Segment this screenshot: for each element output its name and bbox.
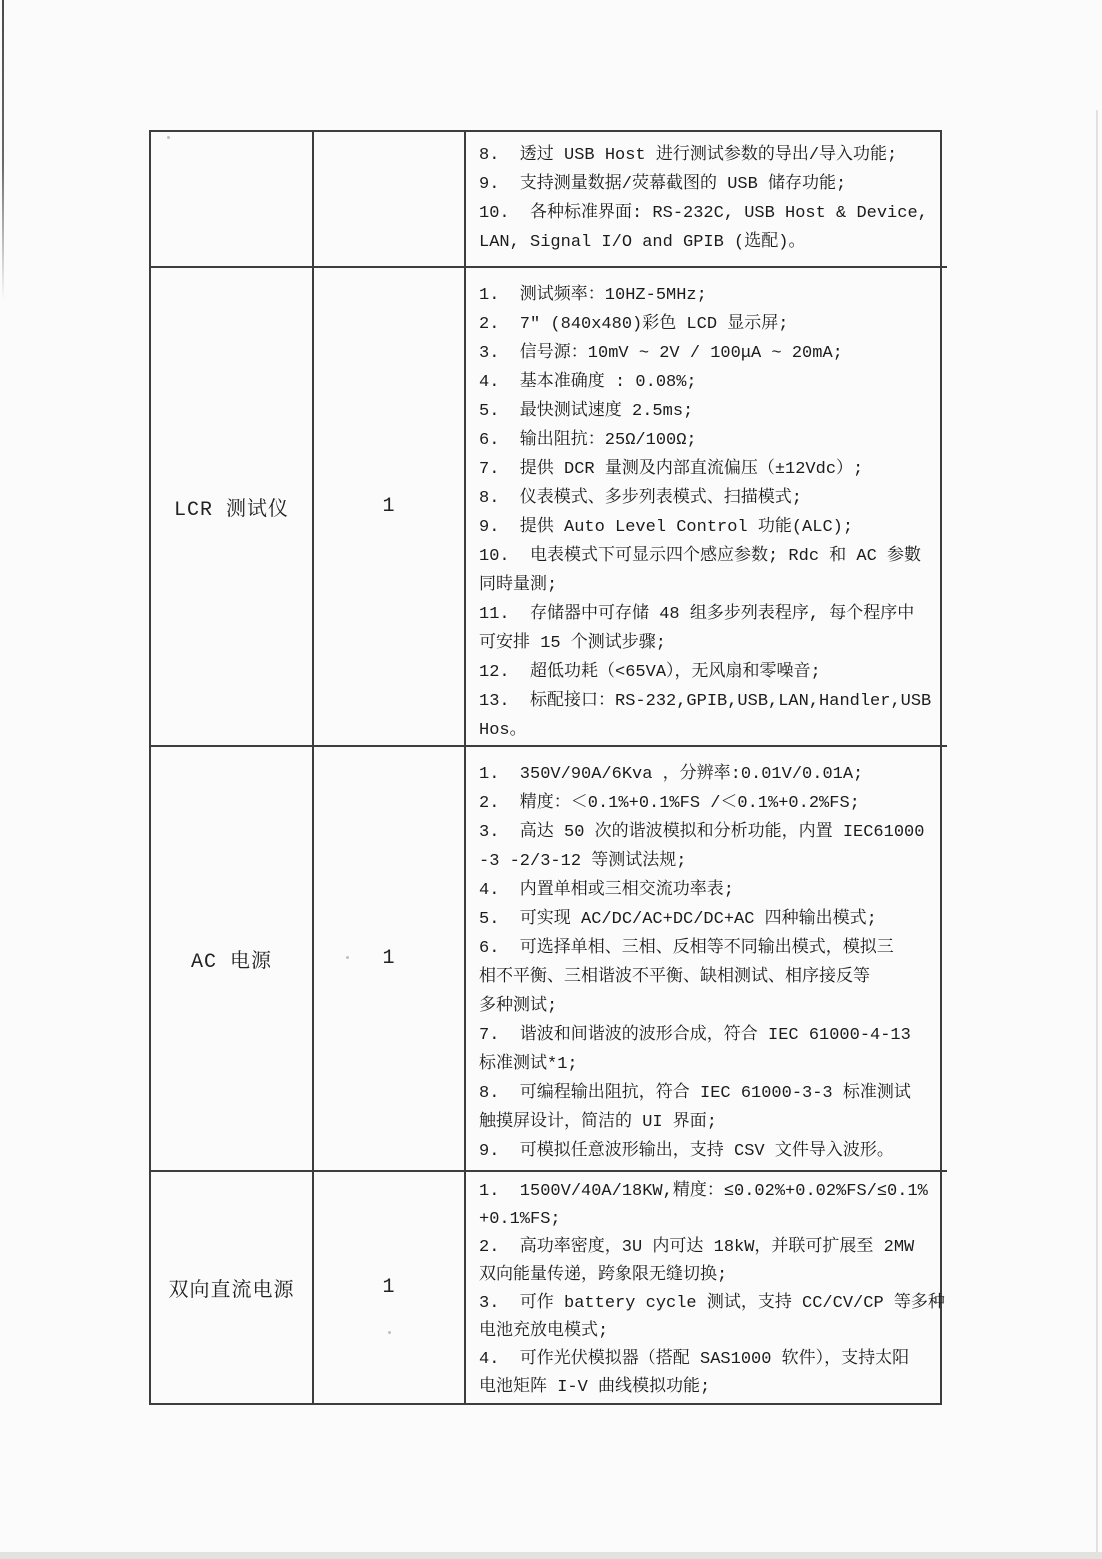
scan-edge-left (2, 0, 4, 300)
spec-line: 11. 存储器中可存储 48 组多步列表程序, 每个程序中 (479, 600, 945, 629)
spec-line: 3. 高达 50 次的谐波模拟和分析功能，内置 IEC61000 (479, 818, 945, 847)
scan-edge-bottom (0, 1552, 1102, 1559)
equipment-name-cell: 双向直流电源 (151, 1172, 314, 1403)
spec-line: +0.1%FS; (479, 1206, 945, 1234)
spec-line: 1. 测试频率：10HZ-5MHz; (479, 281, 945, 310)
spec-line: 8. 透过 USB Host 进行测试参数的导出/导入功能; (479, 141, 945, 170)
spec-line: 5. 可实现 AC/DC/AC+DC/DC+AC 四种输出模式; (479, 905, 945, 934)
spec-line: 同時量測; (479, 571, 945, 600)
spec-line: 9. 可模拟任意波形输出，支持 CSV 文件导入波形。 (479, 1137, 945, 1166)
spec-line: 电池矩阵 I-V 曲线模拟功能; (479, 1374, 945, 1402)
spec-line: 7. 谐波和间谐波的波形合成，符合 IEC 61000-4-13 (479, 1021, 945, 1050)
scan-edge-right (1096, 110, 1098, 1559)
spec-line: 8. 仪表模式、多步列表模式、扫描模式; (479, 484, 945, 513)
spec-line: LAN, Signal I/O and GPIB (选配)。 (479, 228, 945, 257)
spec-line: 4. 可作光伏模拟器（搭配 SAS1000 软件），支持太阳 (479, 1346, 945, 1374)
spec-line: 相不平衡、三相谐波不平衡、缺相测试、相序接反等 (479, 963, 945, 992)
spec-line: 10. 各种标准界面: RS-232C, USB Host & Device, (479, 199, 945, 228)
quantity-value: 1 (382, 495, 395, 518)
spec-line: 3. 可作 battery cycle 测试，支持 CC/CV/CP 等多种 (479, 1290, 945, 1318)
spec-line: 12. 超低功耗（<65VA），无风扇和零噪音; (479, 658, 945, 687)
quantity-cell: 1 (314, 747, 466, 1172)
spec-line: 双向能量传递，跨象限无缝切换; (479, 1262, 945, 1290)
spec-line: 可安排 15 个测试步骤; (479, 629, 945, 658)
spec-line: 9. 提供 Auto Level Control 功能(ALC); (479, 513, 945, 542)
spec-line: 1. 1500V/40A/18KW,精度：≤0.02%+0.02%FS/≤0.1… (479, 1178, 945, 1206)
spec-line: 6. 可选择单相、三相、反相等不同输出模式，模拟三 (479, 934, 945, 963)
spec-line: 8. 可编程输出阻抗，符合 IEC 61000-3-3 标准测试 (479, 1079, 945, 1108)
spec-line: 6. 输出阻抗：25Ω/100Ω; (479, 426, 945, 455)
spec-line: 标准测试*1; (479, 1050, 945, 1079)
spec-line: Hos。 (479, 716, 945, 745)
spec-line: 5. 最快测试速度 2.5ms; (479, 397, 945, 426)
specs-cell: 1. 测试频率：10HZ-5MHz; 2. 7" (840x480)彩色 LCD… (466, 268, 947, 747)
spec-line: 2. 7" (840x480)彩色 LCD 显示屏; (479, 310, 945, 339)
equipment-name: AC 电源 (191, 944, 272, 974)
quantity-value: 1 (382, 947, 395, 970)
spec-line: 3. 信号源：10mV ~ 2V / 100μA ~ 20mA; (479, 339, 945, 368)
spec-line: 10. 电表模式下可显示四个感应参数; Rdc 和 AC 参數 (479, 542, 945, 571)
spec-line: 2. 高功率密度，3U 内可达 18kW，并联可扩展至 2MW (479, 1234, 945, 1262)
equipment-name: LCR 测试仪 (174, 492, 289, 522)
quantity-cell: 1 (314, 268, 466, 747)
spec-line: 4. 内置单相或三相交流功率表; (479, 876, 945, 905)
spec-line: 多种测试; (479, 992, 945, 1021)
spec-line: 9. 支持测量数据/荧幕截图的 USB 储存功能; (479, 170, 945, 199)
equipment-name-cell (151, 132, 314, 268)
equipment-name-cell: LCR 测试仪 (151, 268, 314, 747)
quantity-value: 1 (382, 1276, 395, 1299)
equipment-name-cell: AC 电源 (151, 747, 314, 1172)
spec-line: 4. 基本准确度 : 0.08%; (479, 368, 945, 397)
specs-cell: 1. 350V/90A/6Kva ，分辨率:0.01V/0.01A; 2. 精度… (466, 747, 947, 1172)
quantity-cell (314, 132, 466, 268)
equipment-spec-table: 8. 透过 USB Host 进行测试参数的导出/导入功能; 9. 支持测量数据… (149, 130, 942, 1405)
spec-line: 1. 350V/90A/6Kva ，分辨率:0.01V/0.01A; (479, 760, 945, 789)
spec-line: -3 -2/3-12 等测试法规; (479, 847, 945, 876)
spec-line: 7. 提供 DCR 量测及内部直流偏压（±12Vdc）; (479, 455, 945, 484)
quantity-cell: 1 (314, 1172, 466, 1403)
spec-line: 13. 标配接口：RS-232,GPIB,USB,LAN,Handler,USB (479, 687, 945, 716)
equipment-name: 双向直流电源 (169, 1273, 295, 1303)
spec-line: 电池充放电模式; (479, 1318, 945, 1346)
spec-line: 2. 精度：＜0.1%+0.1%FS /＜0.1%+0.2%FS; (479, 789, 945, 818)
specs-cell: 1. 1500V/40A/18KW,精度：≤0.02%+0.02%FS/≤0.1… (466, 1172, 947, 1403)
specs-cell: 8. 透过 USB Host 进行测试参数的导出/导入功能; 9. 支持测量数据… (466, 132, 947, 268)
spec-line: 触摸屏设计，简洁的 UI 界面; (479, 1108, 945, 1137)
